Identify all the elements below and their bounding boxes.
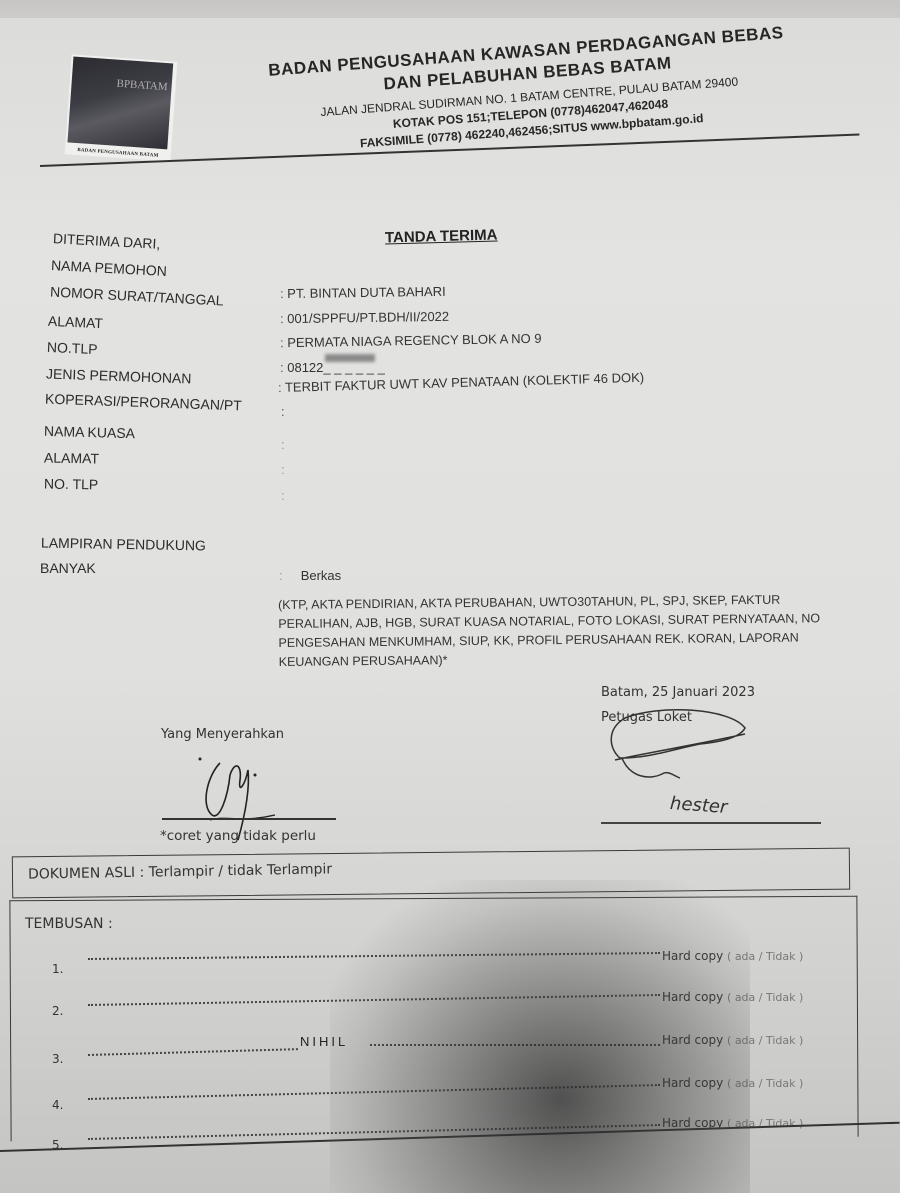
field-label-alamat: ALAMAT [48,313,104,331]
field-value-nama-kuasa: : [281,437,285,452]
logo-text: BPBATAM [116,78,168,94]
tembusan-row-4-number: 4. [52,1098,63,1112]
footnote: *coret yang tidak perlu [160,828,316,844]
banyak-label: BANYAK [40,560,96,576]
field-label-no-tlp: NO.TLP [47,339,98,357]
tembusan-row-2-hardcopy: Hard copy ( ada / Tidak ) [662,990,803,1004]
field-value-nama-pemohon: : PT. BINTAN DUTA BAHARI [280,284,446,301]
tembusan-row-3-line-b [370,1044,660,1046]
tembusan-row-4-hardcopy: Hard copy ( ada / Tidak ) [662,1076,803,1090]
field-label-nama-kuasa: NAMA KUASA [44,423,135,441]
officer-signature [590,700,760,790]
banyak-value: : Berkas [279,568,341,583]
lampiran-description: (KTP, AKTA PENDIRIAN, AKTA PERUBAHAN, UW… [278,590,859,672]
tembusan-row-1-hardcopy: Hard copy ( ada / Tidak ) [662,949,803,963]
officer-signature-line [601,822,821,824]
tembusan-row-1-number: 1. [52,962,63,976]
tembusan-row-2-number: 2. [52,1004,63,1018]
redaction-blur [325,354,375,362]
tembusan-row-3-hardcopy: Hard copy ( ada / Tidak ) [662,1033,803,1047]
field-label-no-tlp-kuasa: NO. TLP [44,476,98,493]
officer-name: hester [669,793,728,818]
tembusan-row-3-fill: NIHIL [300,1034,348,1049]
field-value-alamat-kuasa: : [281,462,285,477]
submitter-signature-line [162,818,336,820]
bp-batam-logo: BPBATAM BADAN PENGUSAHAAN BATAM [65,54,178,161]
tembusan-label: TEMBUSAN : [25,916,113,932]
field-value-no-tlp: : 08122_ _ _ _ _ _ [280,360,385,375]
field-value-nomor-surat: : 001/SPPFU/PT.BDH/II/2022 [280,309,449,326]
tembusan-box [9,896,858,1141]
field-value-koperasi: : [281,404,285,419]
field-value-no-tlp-kuasa: : [281,488,285,503]
document-title: TANDA TERIMA [385,227,498,247]
field-label-alamat-kuasa: ALAMAT [44,450,99,467]
tembusan-row-3-number: 3. [52,1052,63,1066]
logo-image: BPBATAM [67,57,173,150]
lampiran-label: LAMPIRAN PENDUKUNG [41,535,206,554]
place-date: Batam, 25 Januari 2023 [601,685,755,700]
submitter-label: Yang Menyerahkan [161,727,284,742]
